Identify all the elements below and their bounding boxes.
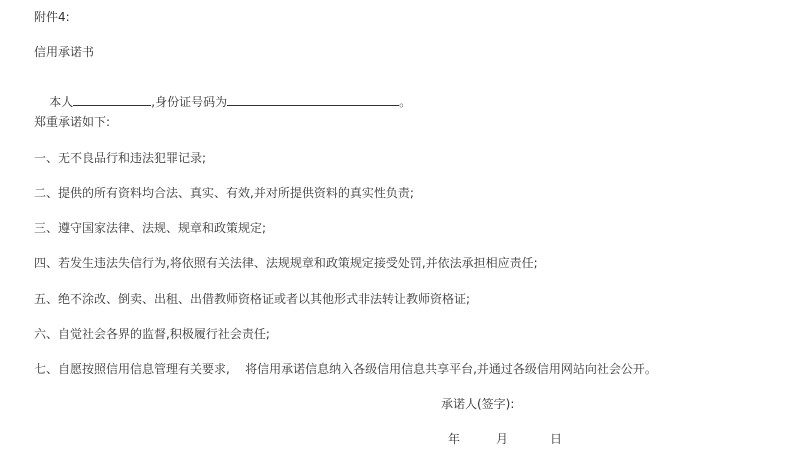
- date-day-label: 日: [550, 432, 562, 446]
- commitment-item-7: 七、自愿按照信用信息管理有关要求, 将信用承诺信息纳入各级信用信息共享平台,并通…: [34, 362, 657, 376]
- commitment-item-3: 三、遵守国家法律、法规、规章和政策规定;: [34, 221, 266, 235]
- date-month-label: 月: [496, 432, 508, 446]
- signature-label: 承诺人(签字):: [441, 397, 514, 411]
- commitment-item-1: 一、无不良品行和违法犯罪记录;: [34, 151, 206, 165]
- name-blank-field[interactable]: [73, 94, 151, 106]
- intro-text: 郑重承诺如下:: [34, 115, 110, 129]
- document-title: 信用承诺书: [34, 45, 94, 59]
- identity-middle: ,身份证号码为: [151, 95, 227, 109]
- identity-prefix: 本人: [49, 95, 73, 109]
- commitment-item-2: 二、提供的所有资料均合法、真实、有效,并对所提供资料的真实性负责;: [34, 186, 414, 200]
- identity-suffix: 。: [399, 95, 411, 109]
- id-number-blank-field[interactable]: [227, 94, 399, 106]
- commitment-item-4: 四、若发生违法失信行为,将依照有关法律、法规规章和政策规定接受处罚,并依法承担相…: [34, 256, 538, 270]
- attachment-label: 附件4:: [34, 10, 70, 24]
- date-year-label: 年: [448, 432, 460, 446]
- commitment-item-6: 六、自觉社会各界的监督,积极履行社会责任;: [34, 327, 270, 341]
- commitment-item-5: 五、绝不涂改、倒卖、出租、出借教师资格证或者以其他形式非法转让教师资格证;: [34, 292, 470, 306]
